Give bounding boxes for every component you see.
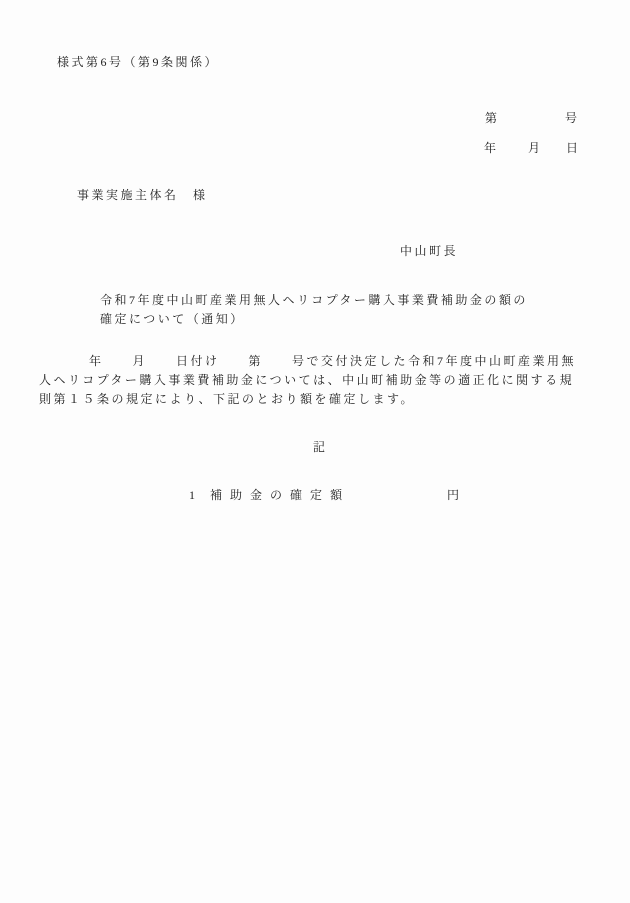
item1-unit: 円 — [447, 488, 462, 503]
body-line-2: 人ヘリコプター購入事業費補助金については、中山町補助金等の適正化に関する規 — [39, 373, 574, 388]
addressee: 事業実施主体名 様 — [77, 188, 208, 203]
doc-number-prefix: 第 — [485, 111, 500, 126]
item1-label: 補助金の確定額 — [210, 488, 350, 503]
body-line-1: 年 月 日付け 第 号で交付決定した令和7年度中山町産業用無 — [89, 354, 576, 369]
sender-title: 中山町長 — [400, 244, 458, 259]
record-marker: 記 — [313, 440, 328, 455]
date-month-label: 月 — [528, 141, 543, 156]
subject-line-2: 確定について（通知） — [100, 312, 245, 327]
body-line-3: 則第１５条の規定により、下記のとおり額を確定します。 — [39, 392, 415, 407]
subject-line-1: 令和7年度中山町産業用無人ヘリコプター購入事業費補助金の額の — [100, 293, 528, 308]
date-year-label: 年 — [484, 141, 499, 156]
item1-number: 1 — [189, 488, 198, 503]
doc-number-suffix: 号 — [565, 111, 580, 126]
date-day-label: 日 — [566, 141, 581, 156]
document-page: 様式第6号（第9条関係） 第 号 年 月 日 事業実施主体名 様 中山町長 令和… — [0, 0, 630, 903]
form-number: 様式第6号（第9条関係） — [57, 55, 219, 70]
